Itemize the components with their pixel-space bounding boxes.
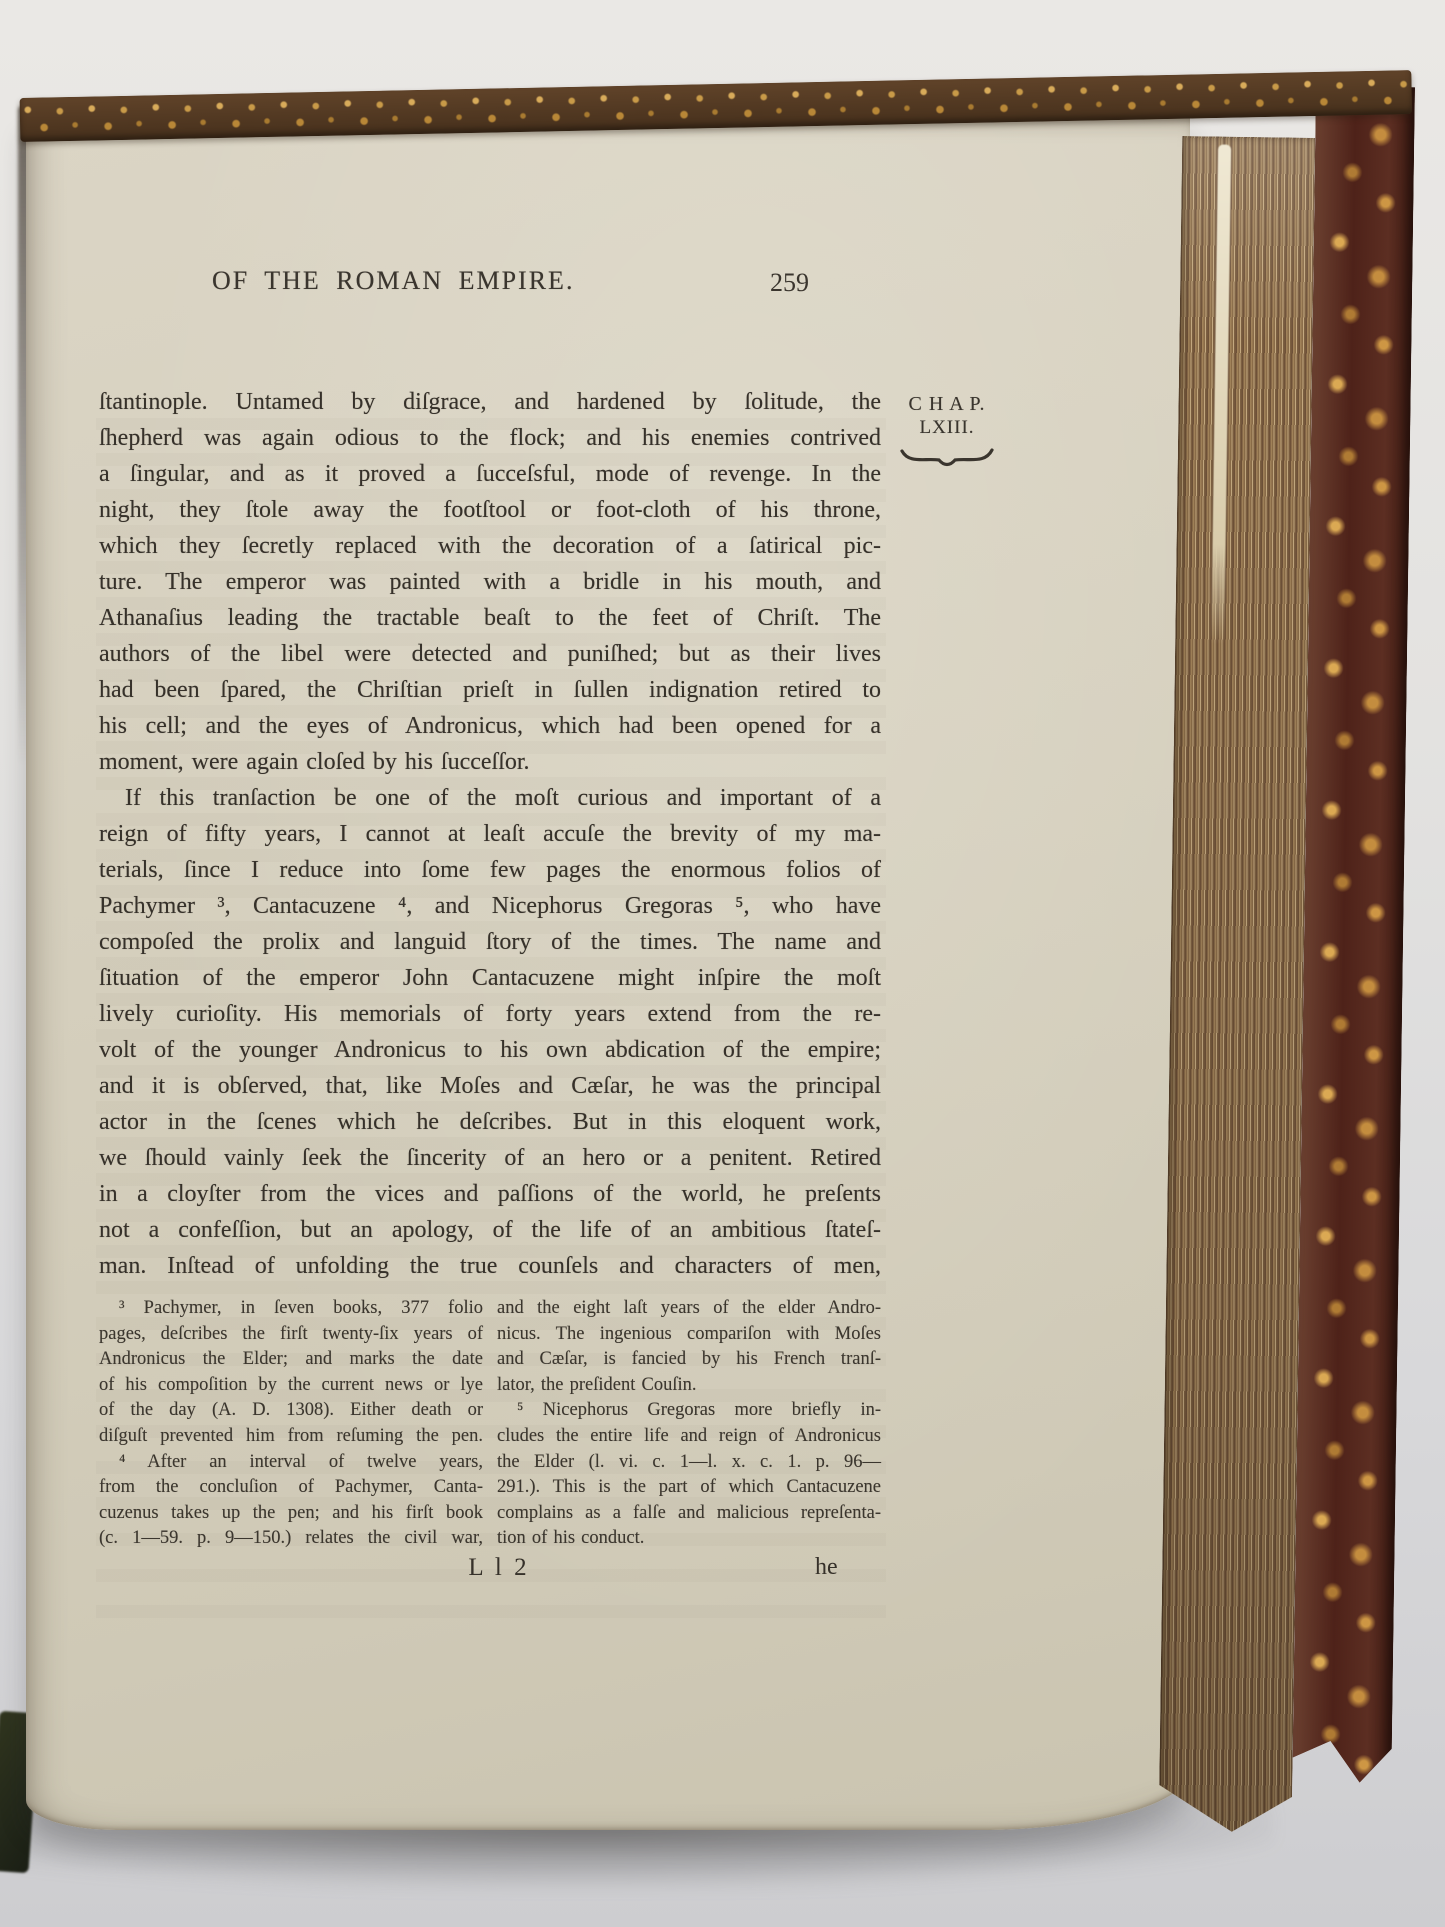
footnote-line: nicus. The ingenious compariſon with Moſ… <box>497 1322 881 1348</box>
chapter-brace-flourish <box>899 445 995 469</box>
text-line: ſtantinople. Untamed by diſgrace, and ha… <box>99 384 881 420</box>
body-text: ſtantinople. Untamed by diſgrace, and ha… <box>99 384 881 1284</box>
text-line: authors of the libel were detected and p… <box>99 636 881 672</box>
footnote-line: ⁴ After an interval of twelve years, <box>99 1450 483 1476</box>
text-line: volt of the younger Andronicus to his ow… <box>99 1032 881 1068</box>
footnote-line: ⁵ Nicephorus Gregoras more briefly in- <box>497 1398 881 1424</box>
fore-edge-pages <box>1159 136 1316 1838</box>
book-right-edge <box>1159 84 1415 1833</box>
book-photo: OF THE ROMAN EMPIRE. 259 C H A P. LXIII.… <box>0 0 1445 1927</box>
text-line: man. Inſtead of unfolding the true counſ… <box>99 1248 881 1284</box>
footnote-line: cuzenus takes up the pen; and his firſt … <box>99 1501 483 1527</box>
text-line: a ſingular, and as it proved a ſucceſsfu… <box>99 456 881 492</box>
text-line: and it is obſerved, that, like Moſes and… <box>99 1068 881 1104</box>
margin-note-chapter: C H A P. <box>872 393 1022 416</box>
footnotes: ³ Pachymer, in ſeven books, 377 foliopag… <box>99 1296 881 1552</box>
text-line: we ſhould vainly ſeek the ſincerity of a… <box>99 1140 881 1176</box>
page: OF THE ROMAN EMPIRE. 259 C H A P. LXIII.… <box>26 118 1190 1830</box>
footnote-line: lator, the preſident Couſin. <box>497 1373 881 1399</box>
text-line: If this tranſaction be one of the moſt c… <box>99 780 881 816</box>
text-line: lively curioſity. His memorials of forty… <box>99 996 881 1032</box>
text-line: not a confeſſion, but an apology, of the… <box>99 1212 881 1248</box>
paragraph: If this tranſaction be one of the moſt c… <box>99 780 881 1284</box>
text-line: compoſed the prolix and languid ſtory of… <box>99 924 881 960</box>
catchword: he <box>815 1554 838 1581</box>
text-line: reign of fifty years, I cannot at leaſt … <box>99 816 881 852</box>
footnote-line: tion of his conduct. <box>497 1526 881 1552</box>
text-line: ſhepherd was again odious to the flock; … <box>99 420 881 456</box>
text-line: which they ſecretly replaced with the de… <box>99 528 881 564</box>
text-line: Athanaſius leading the tractable beaſt t… <box>99 600 881 636</box>
footnote-line: the Elder (l. vi. c. 1—l. x. c. 1. p. 96… <box>497 1450 881 1476</box>
text-line: in a cloyſter from the vices and paſſion… <box>99 1176 881 1212</box>
footnote-line: of the day (A. D. 1308). Either death or <box>99 1398 483 1424</box>
signature-mark: L l 2 <box>439 1554 559 1582</box>
margin-note-number: LXIII. <box>872 417 1022 439</box>
footnote-line: complains as a falſe and malicious repre… <box>497 1501 881 1527</box>
text-line: his cell; and the eyes of Andronicus, wh… <box>99 708 881 744</box>
page-footer: L l 2 he <box>99 1554 881 1588</box>
footnote-line: of his compoſition by the current news o… <box>99 1373 483 1399</box>
page-header: OF THE ROMAN EMPIRE. 259 <box>26 266 1190 306</box>
paragraph: ſtantinople. Untamed by diſgrace, and ha… <box>99 384 881 780</box>
text-line: had been ſpared, the Chriſtian prieſt in… <box>99 672 881 708</box>
footnote-line: diſguſt prevented him from reſuming the … <box>99 1424 483 1450</box>
footnote-line: cludes the entire life and reign of Andr… <box>497 1424 881 1450</box>
footnote-line: ³ Pachymer, in ſeven books, 377 folio <box>99 1296 483 1322</box>
text-line: ſituation of the emperor John Cantacuzen… <box>99 960 881 996</box>
margin-note: C H A P. LXIII. <box>872 393 1022 469</box>
running-header: OF THE ROMAN EMPIRE. <box>212 266 574 296</box>
text-line: moment, were again cloſed by his ſucceſſ… <box>99 744 881 780</box>
footnote-line: and Cæſar, is fancied by his French tran… <box>497 1347 881 1373</box>
text-line: actor in the ſcenes which he deſcribes. … <box>99 1104 881 1140</box>
text-line: terials, ſince I reduce into ſome few pa… <box>99 852 881 888</box>
footnote-line: 291.). This is the part of which Cantacu… <box>497 1475 881 1501</box>
footnote-line: from the concluſion of Pachymer, Canta- <box>99 1475 483 1501</box>
footnote-line: and the eight laſt years of the elder An… <box>497 1296 881 1322</box>
footnote-line: pages, deſcribes the firſt twenty-ſix ye… <box>99 1322 483 1348</box>
footnote-right-column: and the eight laſt years of the elder An… <box>497 1296 881 1552</box>
page-number: 259 <box>770 268 809 298</box>
text-line: Pachymer ³, Cantacuzene ⁴, and Nicephoru… <box>99 888 881 924</box>
footnote-line: (c. 1—59. p. 9—150.) relates the civil w… <box>99 1526 483 1552</box>
footnote-left-column: ³ Pachymer, in ſeven books, 377 foliopag… <box>99 1296 483 1552</box>
footnote-line: Andronicus the Elder; and marks the date <box>99 1347 483 1373</box>
text-line: ture. The emperor was painted with a bri… <box>99 564 881 600</box>
text-line: night, they ſtole away the footſtool or … <box>99 492 881 528</box>
